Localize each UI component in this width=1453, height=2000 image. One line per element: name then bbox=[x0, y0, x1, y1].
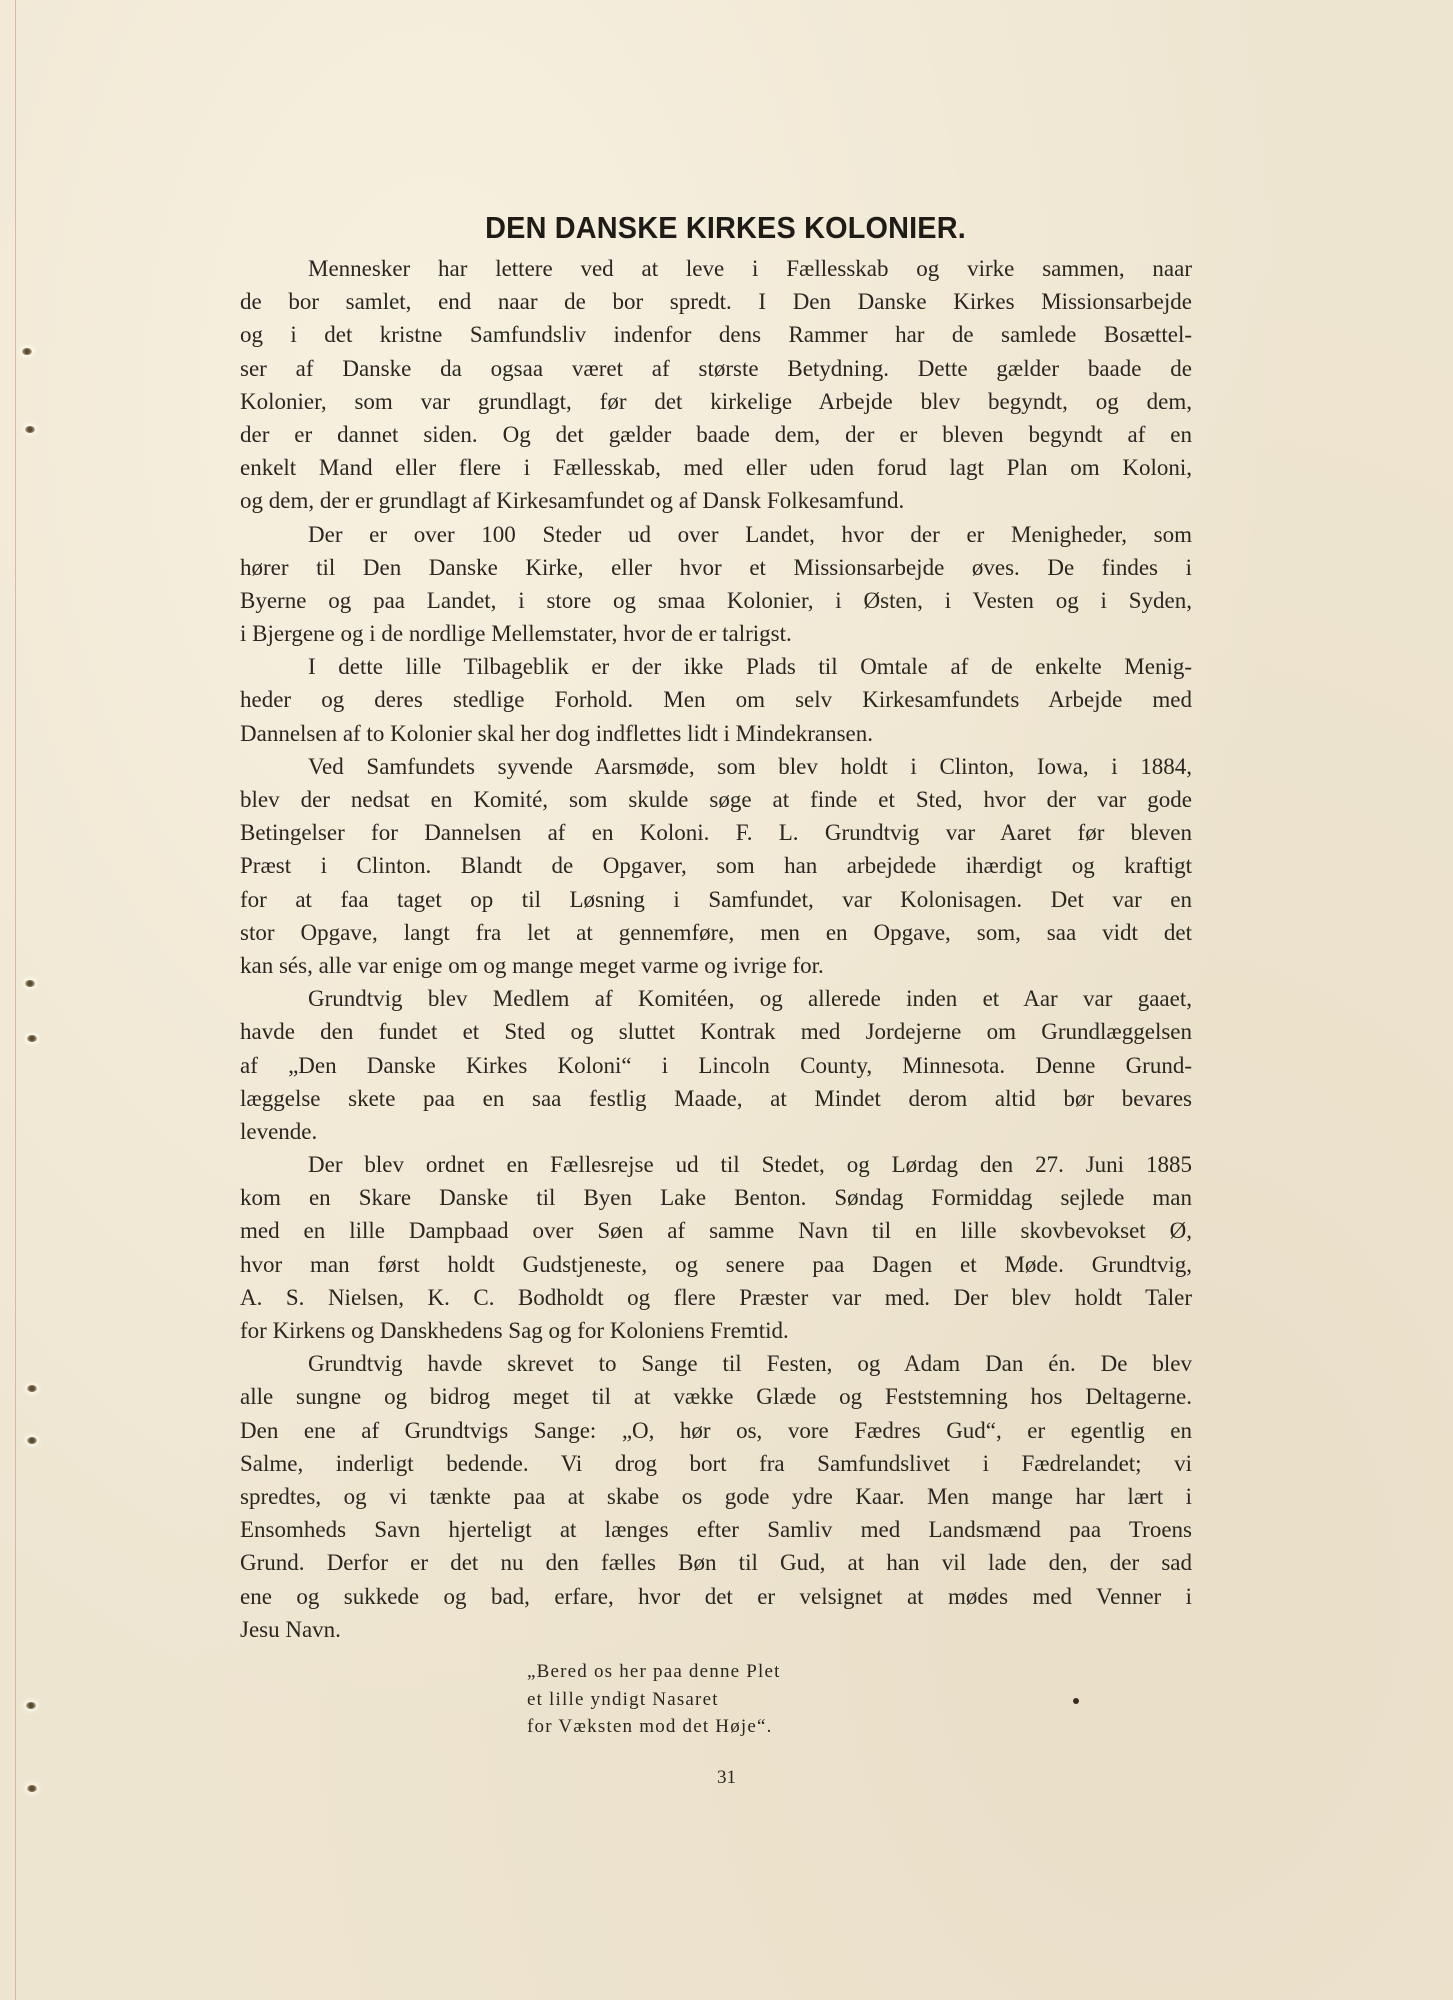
text-line: Ensomheds Savn hjerteligt at længes efte… bbox=[240, 1513, 1192, 1546]
verse-line: „Bered os her paa denne Plet bbox=[527, 1658, 781, 1686]
text-line: med en lille Dampbaad over Søen af samme… bbox=[240, 1214, 1192, 1247]
text-line: Grundtvig havde skrevet to Sange til Fes… bbox=[240, 1347, 1192, 1380]
text-line: Mennesker har lettere ved at leve i Fæll… bbox=[240, 252, 1192, 285]
text-line: levende. bbox=[240, 1115, 1192, 1148]
verse-line: for Væksten mod det Høje“. bbox=[527, 1713, 781, 1741]
text-line: Kolonier, som var grundlagt, før det kir… bbox=[240, 385, 1192, 418]
verse-line: et lille yndigt Nasaret bbox=[527, 1686, 781, 1714]
text-line: blev der nedsat en Komité, som skulde sø… bbox=[240, 783, 1192, 816]
paragraph: Der blev ordnet en Fællesrejse ud til St… bbox=[240, 1148, 1192, 1347]
binding-hole bbox=[26, 1702, 36, 1709]
text-line: af „Den Danske Kirkes Koloni“ i Lincoln … bbox=[240, 1049, 1192, 1082]
text-line: og i det kristne Samfundsliv indenfor de… bbox=[240, 318, 1192, 351]
text-line: Der er over 100 Steder ud over Landet, h… bbox=[240, 518, 1192, 551]
text-line: Salme, inderligt bedende. Vi drog bort f… bbox=[240, 1447, 1192, 1480]
text-line: i Bjergene og i de nordlige Mellemstater… bbox=[240, 617, 1192, 650]
text-line: havde den fundet et Sted og sluttet Kont… bbox=[240, 1015, 1192, 1048]
margin-rule bbox=[15, 0, 16, 2000]
text-line: ser af Danske da ogsaa været af største … bbox=[240, 352, 1192, 385]
paragraph: Grundtvig blev Medlem af Komitéen, og al… bbox=[240, 982, 1192, 1148]
text-line: Ved Samfundets syvende Aarsmøde, som ble… bbox=[240, 750, 1192, 783]
text-line: enkelt Mand eller flere i Fællesskab, me… bbox=[240, 451, 1192, 484]
page-number: 31 bbox=[0, 1767, 1453, 1789]
text-line: læggelse skete paa en saa festlig Maade,… bbox=[240, 1082, 1192, 1115]
binding-hole bbox=[22, 348, 32, 355]
paper-speck bbox=[1073, 1698, 1079, 1704]
text-line: Jesu Navn. bbox=[240, 1613, 1192, 1646]
text-line: Præst i Clinton. Blandt de Opgaver, som … bbox=[240, 849, 1192, 882]
text-line: hører til Den Danske Kirke, eller hvor e… bbox=[240, 551, 1192, 584]
paragraph: I dette lille Tilbageblik er der ikke Pl… bbox=[240, 650, 1192, 750]
paragraph: Mennesker har lettere ved at leve i Fæll… bbox=[240, 252, 1192, 518]
paragraph: Der er over 100 Steder ud over Landet, h… bbox=[240, 518, 1192, 651]
text-line: for Kirkens og Danskhedens Sag og for Ko… bbox=[240, 1314, 1192, 1347]
binding-hole bbox=[25, 426, 35, 433]
text-line: A. S. Nielsen, K. C. Bodholdt og flere P… bbox=[240, 1281, 1192, 1314]
text-line: Der blev ordnet en Fællesrejse ud til St… bbox=[240, 1148, 1192, 1181]
paragraph: Grundtvig havde skrevet to Sange til Fes… bbox=[240, 1347, 1192, 1646]
text-line: Dannelsen af to Kolonier skal her dog in… bbox=[240, 717, 1192, 750]
text-line: der er dannet siden. Og det gælder baade… bbox=[240, 418, 1192, 451]
text-line: Grundtvig blev Medlem af Komitéen, og al… bbox=[240, 982, 1192, 1015]
binding-hole bbox=[27, 1437, 37, 1444]
text-line: spredtes, og vi tænkte paa at skabe os g… bbox=[240, 1480, 1192, 1513]
binding-hole bbox=[25, 980, 35, 987]
verse-quote: „Bered os her paa denne Plet et lille yn… bbox=[527, 1658, 781, 1741]
text-line: kom en Skare Danske til Byen Lake Benton… bbox=[240, 1181, 1192, 1214]
text-line: de bor samlet, end naar de bor spredt. I… bbox=[240, 285, 1192, 318]
text-line: hvor man først holdt Gudstjeneste, og se… bbox=[240, 1248, 1192, 1281]
text-line: Den ene af Grundtvigs Sange: „O, hør os,… bbox=[240, 1414, 1192, 1447]
text-line: heder og deres stedlige Forhold. Men om … bbox=[240, 683, 1192, 716]
text-line: for at faa taget op til Løsning i Samfun… bbox=[240, 883, 1192, 916]
binding-hole bbox=[27, 1035, 37, 1042]
text-line: stor Opgave, langt fra let at gennemføre… bbox=[240, 916, 1192, 949]
text-line: og dem, der er grundlagt af Kirkesamfund… bbox=[240, 484, 1192, 517]
article-body: Mennesker har lettere ved at leve i Fæll… bbox=[240, 252, 1192, 1646]
text-line: Grund. Derfor er det nu den fælles Bøn t… bbox=[240, 1546, 1192, 1579]
text-line: I dette lille Tilbageblik er der ikke Pl… bbox=[240, 650, 1192, 683]
text-line: kan sés, alle var enige om og mange mege… bbox=[240, 949, 1192, 982]
text-line: Byerne og paa Landet, i store og smaa Ko… bbox=[240, 584, 1192, 617]
paragraph: Ved Samfundets syvende Aarsmøde, som ble… bbox=[240, 750, 1192, 982]
text-line: alle sungne og bidrog meget til at vække… bbox=[240, 1380, 1192, 1413]
page-title: DEN DANSKE KIRKES KOLONIER. bbox=[50, 210, 1401, 246]
text-line: ene og sukkede og bad, erfare, hvor det … bbox=[240, 1580, 1192, 1613]
text-line: Betingelser for Dannelsen af en Koloni. … bbox=[240, 816, 1192, 849]
binding-hole bbox=[27, 1385, 37, 1392]
